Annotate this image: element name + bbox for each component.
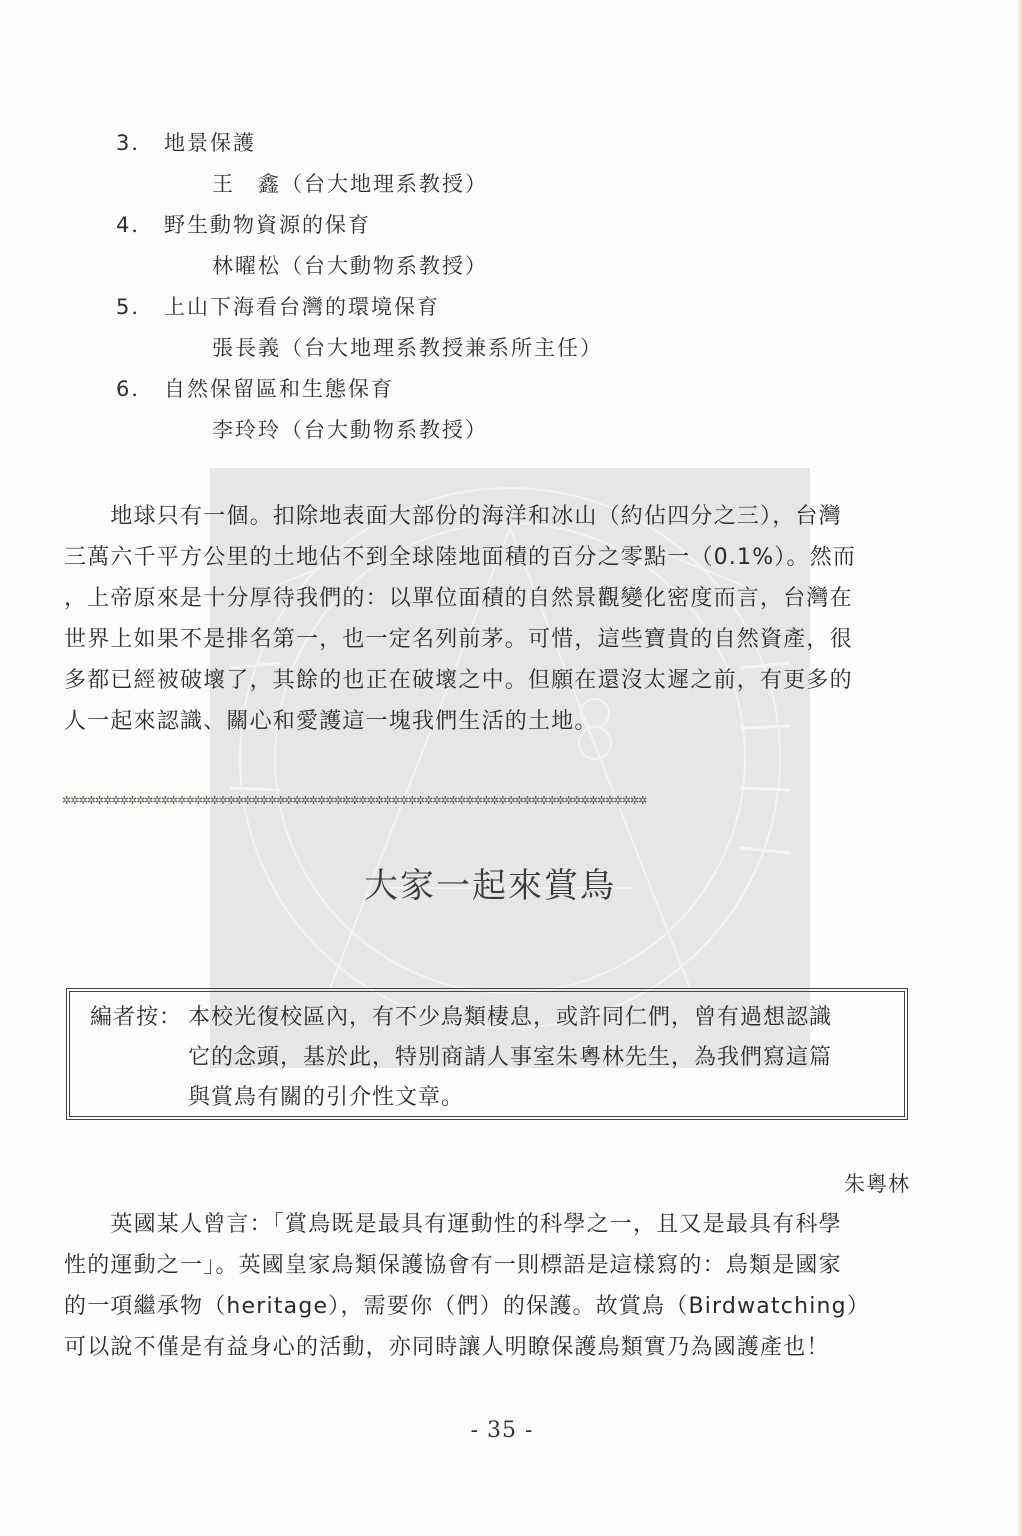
paragraph-line: 人一起來認識、關心和愛護這一塊我們生活的土地。 — [64, 701, 914, 742]
lecture-item-3: 3．地景保護 — [116, 129, 256, 157]
lecture-number: 6． — [116, 375, 164, 403]
lecture-number: 4． — [116, 211, 164, 239]
lecture-speaker: 李玲玲（台大動物系教授） — [212, 416, 488, 444]
lecture-speaker: 張長義（台大地理系教授兼系所主任） — [212, 334, 603, 362]
editor-note-box: 編者按： 本校光復校區內，有不少鳥類棲息，或許同仁們，曾有過想認識 它的念頭，基… — [66, 988, 908, 1120]
editor-note-line: 它的念頭，基於此，特別商請人事室朱粵林先生，為我們寫這篇 — [188, 1040, 832, 1071]
lecture-topic: 野生動物資源的保育 — [164, 213, 371, 237]
paragraph-line: ，上帝原來是十分厚待我們的：以單位面積的自然景觀變化密度而言，台灣在 — [64, 578, 914, 619]
paragraph-line: 的一項繼承物（heritage），需要你（們）的保護。故賞鳥（Birdwatch… — [64, 1286, 914, 1327]
paragraph-line: 性的運動之一」。英國皇家鳥類保護協會有一則標語是這樣寫的：鳥類是國家 — [64, 1245, 914, 1286]
editor-note-line: 本校光復校區內，有不少鳥類棲息，或許同仁們，曾有過想認識 — [188, 1000, 832, 1031]
lecture-speaker: 王 鑫（台大地理系教授） — [212, 170, 488, 198]
paragraph-line: 英國某人曾言：「賞鳥既是最具有運動性的科學之一，且又是最具有科學 — [64, 1204, 914, 1245]
asterisk-divider: ✲✲✲✲✲✲✲✲✲✲✲✲✲✲✲✲✲✲✲✲✲✲✲✲✲✲✲✲✲✲✲✲✲✲✲✲✲✲✲✲… — [62, 790, 912, 808]
editor-note-label: 編者按： — [90, 1000, 182, 1031]
article-body: 英國某人曾言：「賞鳥既是最具有運動性的科學之一，且又是最具有科學 性的運動之一」… — [64, 1204, 914, 1368]
lecture-topic: 上山下海看台灣的環境保育 — [164, 295, 440, 319]
paragraph-line: 三萬六千平方公里的土地佔不到全球陸地面積的百分之零點一（0.1%）。然而 — [64, 537, 914, 578]
paragraph-line: 世界上如果不是排名第一，也一定名列前茅。可惜，這些寶貴的自然資產，很 — [64, 619, 914, 660]
lecture-topic: 自然保留區和生態保育 — [164, 377, 394, 401]
editor-note-line: 與賞鳥有關的引介性文章。 — [188, 1080, 464, 1111]
article-title: 大家一起來賞鳥 — [0, 858, 980, 907]
lecture-number: 3． — [116, 129, 164, 157]
lecture-item-5: 5．上山下海看台灣的環境保育 — [116, 293, 440, 321]
intro-paragraph: 地球只有一個。扣除地表面大部份的海洋和冰山（約佔四分之三），台灣 三萬六千平方公… — [64, 496, 914, 742]
lecture-item-4: 4．野生動物資源的保育 — [116, 211, 371, 239]
paragraph-line: 地球只有一個。扣除地表面大部份的海洋和冰山（約佔四分之三），台灣 — [64, 496, 914, 537]
article-author: 朱粵林 — [844, 1168, 910, 1198]
paragraph-line: 多都已經被破壞了，其餘的也正在破壞之中。但願在還沒太遲之前，有更多的 — [64, 660, 914, 701]
lecture-speaker: 林曜松（台大動物系教授） — [212, 252, 488, 280]
document-page: 3．地景保護 王 鑫（台大地理系教授） 4．野生動物資源的保育 林曜松（台大動物… — [0, 0, 1022, 1536]
paragraph-line: 可以說不僅是有益身心的活動，亦同時讓人明瞭保護鳥類實乃為國護產也！ — [64, 1327, 914, 1368]
page-number: - 35 - — [0, 1418, 1004, 1443]
lecture-topic: 地景保護 — [164, 131, 256, 155]
lecture-item-6: 6．自然保留區和生態保育 — [116, 375, 394, 403]
lecture-number: 5． — [116, 293, 164, 321]
